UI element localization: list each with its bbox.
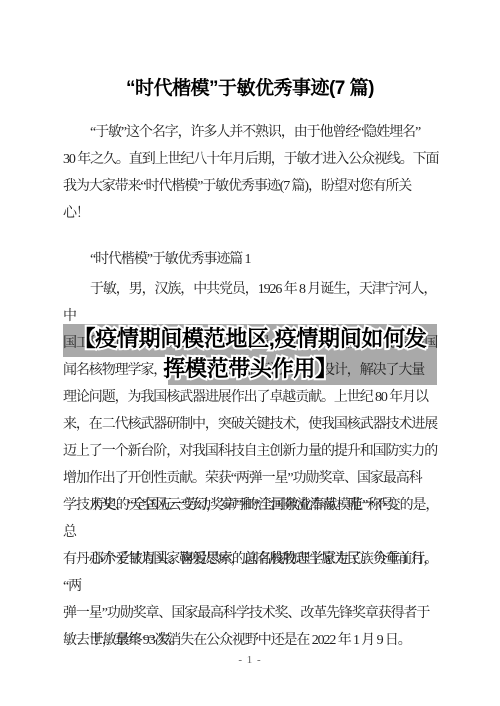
section-heading: “时代楷模”于敏优秀事迹篇 1 bbox=[63, 246, 441, 273]
document-page: “时代楷模”于敏优秀事迹(7 篇) “于敏”这个名字，许多人并不熟识，由于他曾经… bbox=[0, 0, 500, 706]
overlay-watermark-text: 【疫情期间模范地区,疫情期间如何发 挥模范带头作用】 bbox=[0, 324, 500, 384]
paragraph-last-appearance: 于敏最终一次消失在公众视野中还是在 2022 年 1 月 9 日。 bbox=[63, 627, 441, 654]
paragraph-intro: “于敏”这个名字，许多人并不熟识，由于他曾经“隐姓埋名” 30 年之久。直到上世… bbox=[63, 119, 441, 227]
paragraph-biography: 于敏，男，汉族，中共党员，1926 年 8 月诞生，天津宁河人，中 国工程物理讨… bbox=[63, 276, 441, 519]
document-title: “时代楷模”于敏优秀事迹(7 篇) bbox=[0, 75, 500, 103]
page-number: - 1 - bbox=[0, 654, 500, 667]
